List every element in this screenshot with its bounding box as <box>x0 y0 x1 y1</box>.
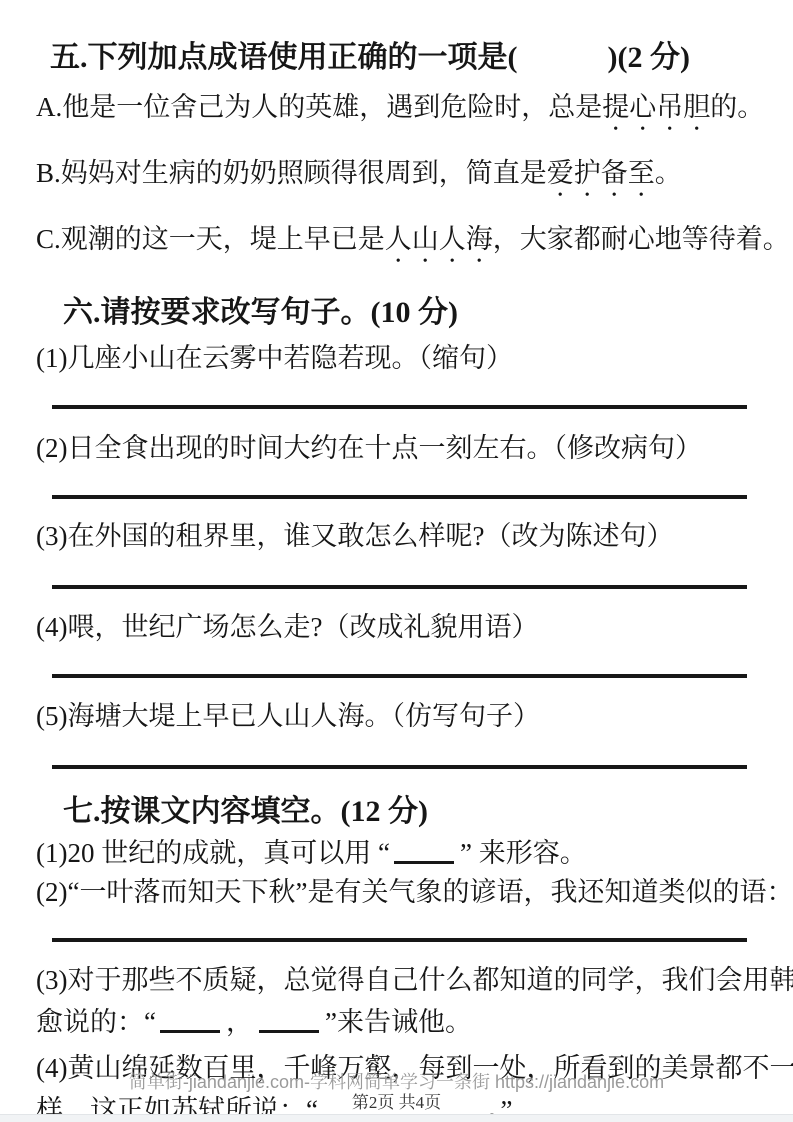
option-a-text: A.他是一位舍己为人的英雄，遇到危险时，总是 <box>36 92 602 122</box>
answer-blank-line <box>52 938 747 942</box>
section7-title: 七.按课文内容填空。(12 分) <box>36 794 755 830</box>
option-a-emphasized-idiom: 提心吊胆 <box>602 92 710 122</box>
answer-blank-line <box>52 585 747 589</box>
option-b-text: B.妈妈对生病的奶奶照顾得很周到，简直是 <box>36 158 547 188</box>
question-7-3-tail: ”来告诫他。 <box>325 1005 472 1039</box>
question-7-1-text: (1)20 世纪的成就，真可以用 “ <box>36 836 390 870</box>
answer-blank-line <box>52 405 747 409</box>
exam-paper-page: 五.下列加点成语使用正确的一项是( )(2 分) A.他是一位舍己为人的英雄，遇… <box>0 0 793 1122</box>
question-7-2: (2)“一叶落而知天下秋”是有关气象的谚语，我还知道类似的语： <box>36 875 755 909</box>
watermark-text: 简单街-jiandanjie.com-学科网简单学习一条街 https://ji… <box>0 1072 793 1092</box>
question-7-3-comma: ， <box>226 1005 253 1039</box>
option-a: A.他是一位舍己为人的英雄，遇到危险时，总是提心吊胆的。 <box>36 90 755 137</box>
section6-title: 六.请按要求改写句子。(10 分) <box>36 295 755 331</box>
question-6-5: (5)海塘大堤上早已人山人海。（仿写句子） <box>36 699 755 733</box>
option-c-emphasized-idiom: 人山人海 <box>385 224 493 254</box>
question-7-1-tail: ” 来形容。 <box>460 836 587 870</box>
question-6-3: (3)在外国的租界里，谁又敢怎么样呢?（改为陈述句） <box>36 519 755 553</box>
option-c-text: C.观潮的这一天，堤上早已是 <box>36 224 385 254</box>
question-6-4: (4)喂，世纪广场怎么走?（改成礼貌用语） <box>36 610 755 644</box>
option-a-tail: 的。 <box>710 92 764 122</box>
page-number: 第2页 共4页 <box>0 1093 793 1112</box>
inline-answer-blank <box>394 861 454 864</box>
section5-title: 五.下列加点成语使用正确的一项是( )(2 分) <box>36 40 755 76</box>
answer-blank-line <box>52 674 747 678</box>
option-b-emphasized-idiom: 爱护备至 <box>547 158 655 188</box>
option-b: B.妈妈对生病的奶奶照顾得很周到，简直是爱护备至。 <box>36 156 755 203</box>
answer-blank-line <box>52 495 747 499</box>
inline-answer-blank <box>259 1030 319 1033</box>
question-6-2: (2)日全食出现的时间大约在十点一刻左右。（修改病句） <box>36 431 755 465</box>
inline-answer-blank <box>160 1030 220 1033</box>
answer-blank-line <box>52 765 747 769</box>
option-c: C.观潮的这一天，堤上早已是人山人海，大家都耐心地等待着。 <box>36 222 755 269</box>
option-b-tail: 。 <box>655 158 682 188</box>
bottom-edge-band <box>0 1114 793 1122</box>
option-c-tail: ，大家都耐心地等待着。 <box>493 224 790 254</box>
question-6-1: (1)几座小山在云雾中若隐若现。（缩句） <box>36 341 755 375</box>
question-7-3-lead: 愈说的：“ <box>36 1005 156 1039</box>
question-7-1: (1)20 世纪的成就，真可以用 “ ” 来形容。 <box>36 836 755 870</box>
question-7-3-line1: (3)对于那些不质疑，总觉得自己什么都知道的同学，我们会用韩 <box>36 963 755 997</box>
question-7-3-line2: 愈说的：“ ， ”来告诫他。 <box>36 1005 755 1039</box>
